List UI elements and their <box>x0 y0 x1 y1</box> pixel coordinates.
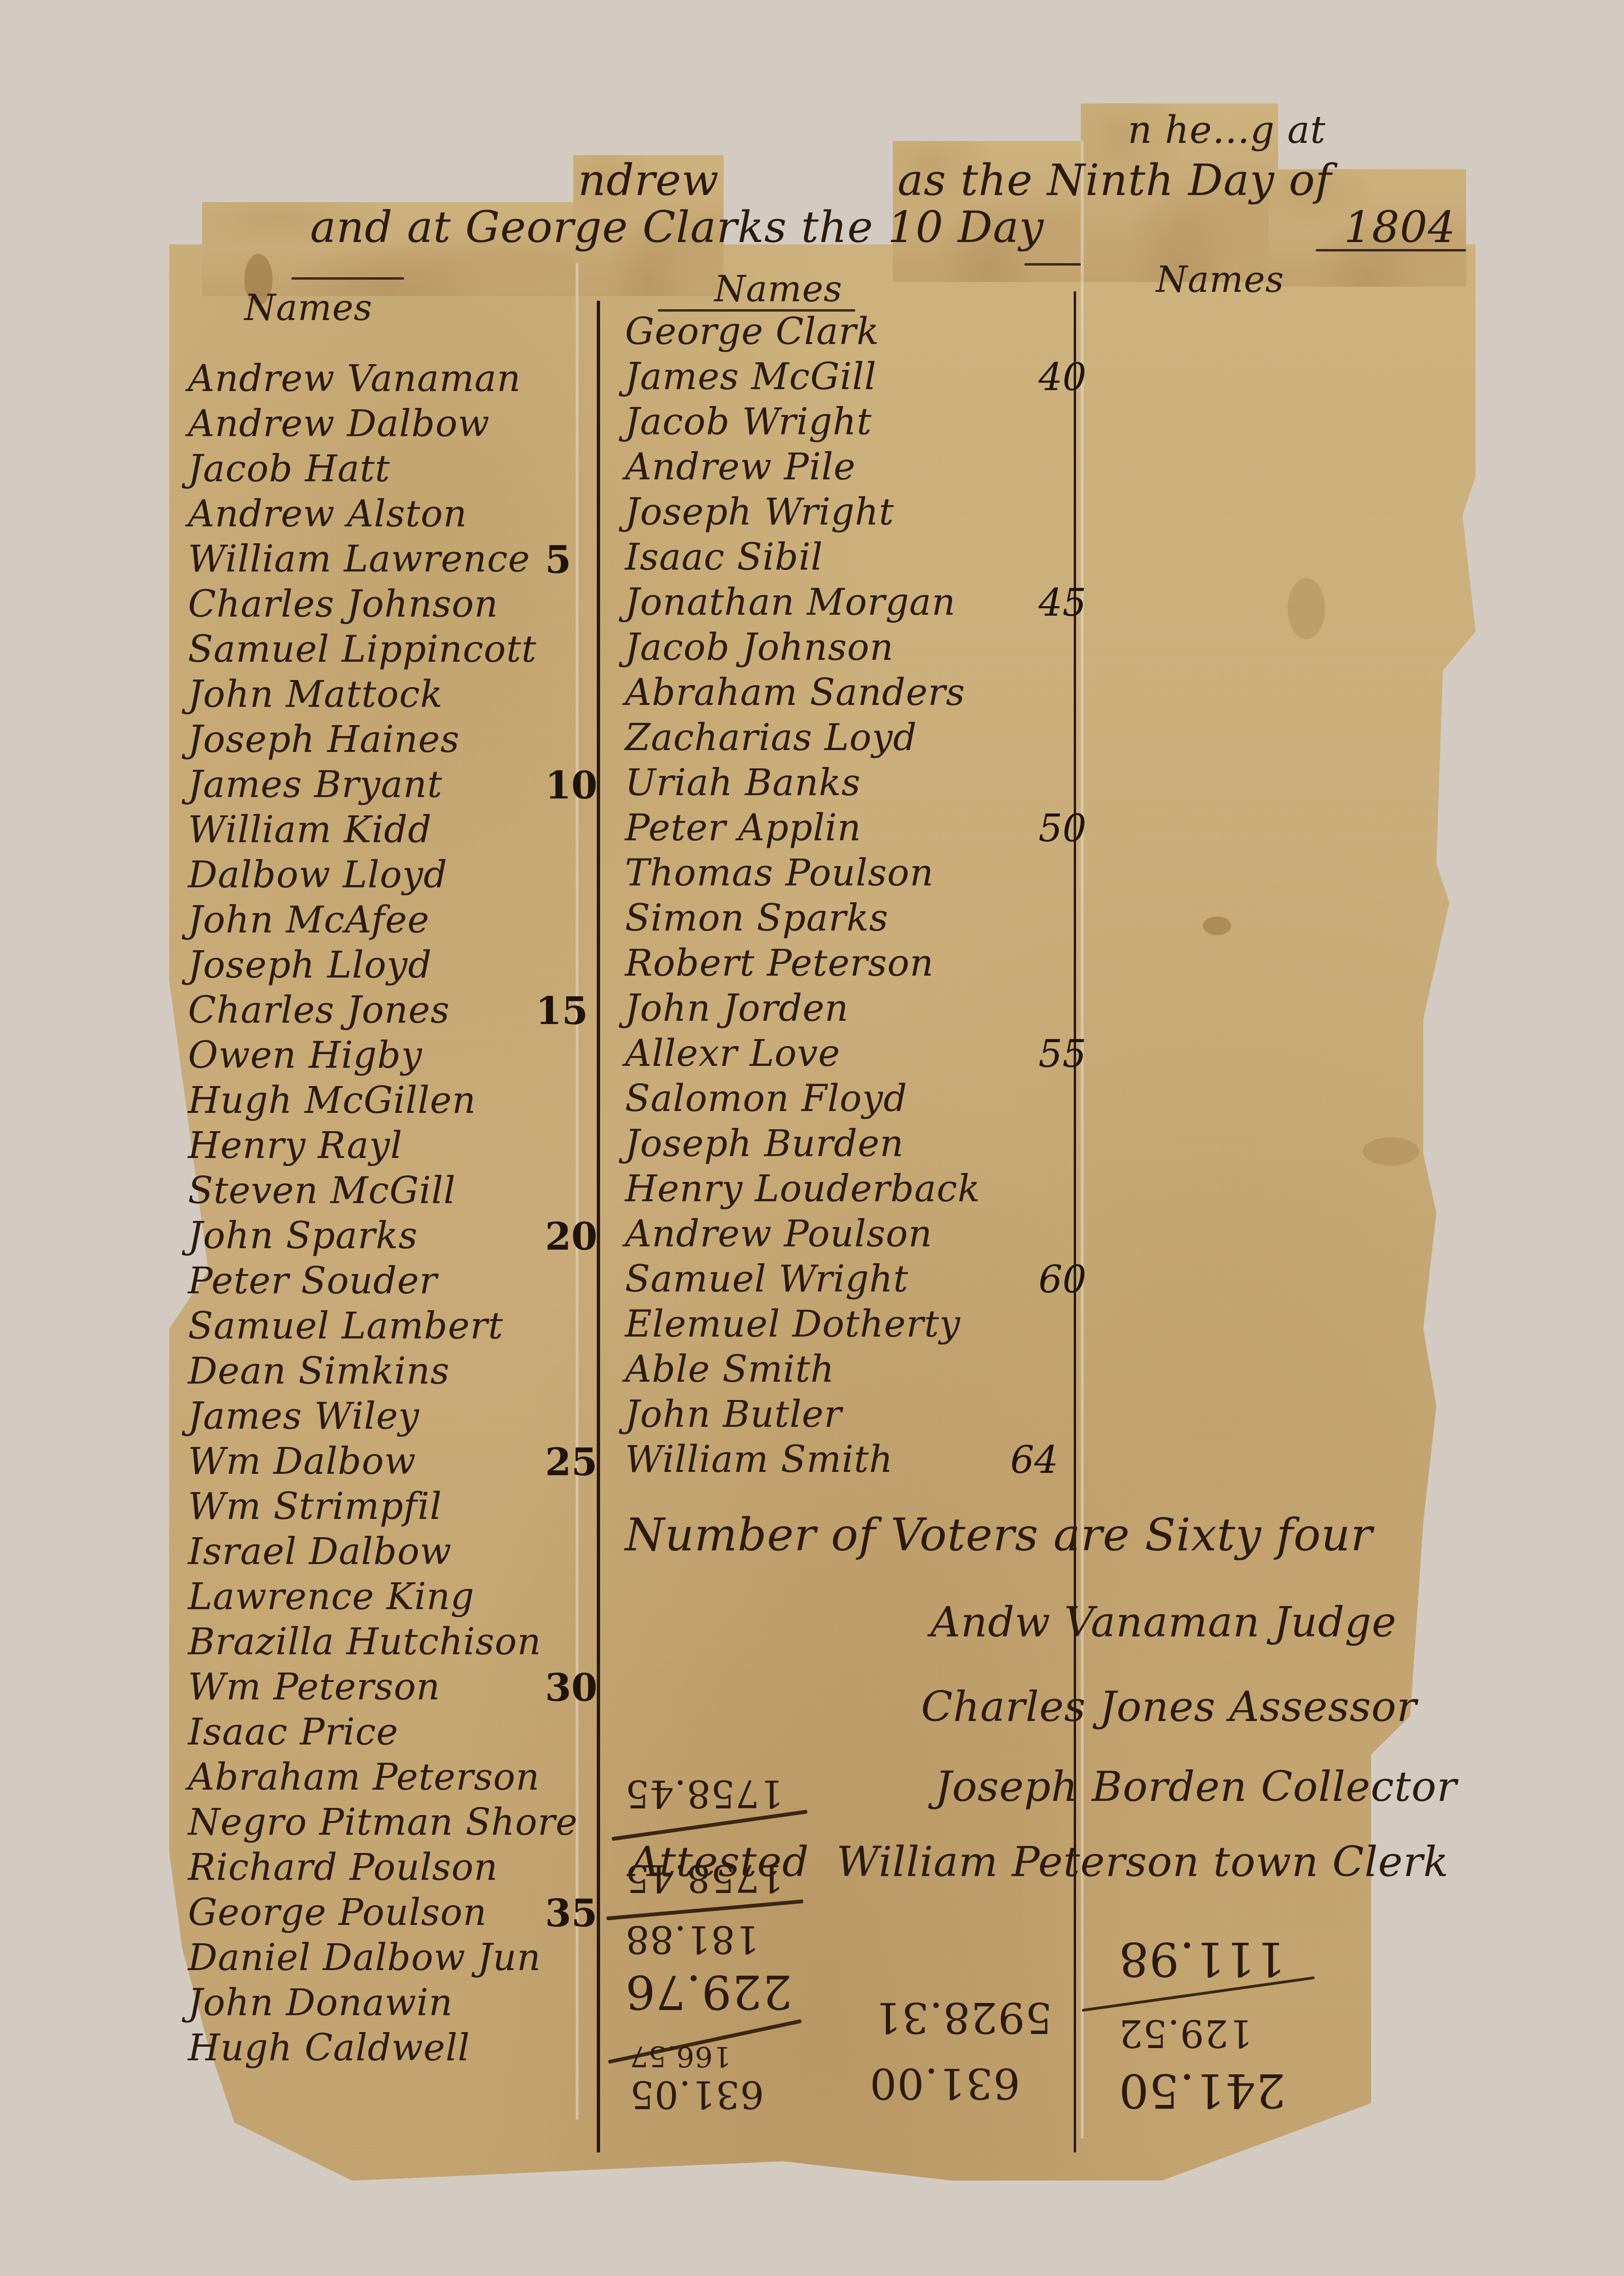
tally-mark: 35 <box>545 1891 597 1935</box>
tally-mark: 45 <box>1038 581 1086 625</box>
signature-role: Assessor <box>1229 1682 1417 1731</box>
signature-clerk: William Peterson town Clerk <box>836 1838 1449 1886</box>
voter-name: Wm Peterson <box>188 1666 440 1709</box>
voter-name: Joseph Wright <box>625 491 894 534</box>
tally-mark: 30 <box>545 1666 597 1710</box>
signature-name: Charles Jones <box>921 1682 1216 1731</box>
voter-name: Jacob Hatt <box>188 447 390 491</box>
voter-name: William Kidd <box>188 808 432 852</box>
voter-name: John Butler <box>625 1393 842 1436</box>
voter-name: Wm Dalbow <box>188 1440 416 1483</box>
voter-name: Allexr Love <box>625 1032 840 1075</box>
voter-name: Steven McGill <box>188 1169 456 1212</box>
tally-mark: 15 <box>536 989 588 1033</box>
inverted-figure: 111.98 <box>1118 1932 1286 1987</box>
header-fragment-left: ndrew <box>578 155 719 205</box>
voter-name: Negro Pitman Shore <box>188 1801 578 1844</box>
voter-name: Wm Strimpfil <box>188 1485 442 1528</box>
voter-name: William Smith <box>625 1438 893 1481</box>
inverted-figure: 1758.45 <box>625 1772 784 1815</box>
voter-name: Salomon Floyd <box>625 1077 907 1120</box>
voter-name: Charles Johnson <box>188 583 499 626</box>
voter-name: Brazilla Hutchison <box>188 1620 541 1664</box>
inverted-figure: 166.57 <box>630 2040 731 2073</box>
voter-name: Elemuel Dotherty <box>625 1303 960 1346</box>
voter-name: Henry Louderback <box>625 1167 980 1211</box>
voter-name: Zacharias Loyd <box>625 716 917 759</box>
voter-name: Isaac Sibil <box>625 536 823 579</box>
voter-name: Joseph Burden <box>625 1122 904 1165</box>
underline <box>1024 263 1081 266</box>
voter-name: Samuel Lippincott <box>188 628 537 671</box>
voter-name: Joseph Lloyd <box>188 944 432 987</box>
voter-name: Andrew Pile <box>625 446 856 489</box>
signature-name: Andw Vanaman <box>930 1598 1260 1646</box>
tally-mark: 55 <box>1038 1032 1086 1076</box>
tally-mark: 50 <box>1038 806 1086 850</box>
inverted-figure: 241.50 <box>1118 2063 1286 2118</box>
signature-role: Judge <box>1274 1598 1397 1646</box>
voter-name: Samuel Wright <box>625 1258 908 1301</box>
tally-mark: 10 <box>545 763 597 807</box>
inverted-figure: 631.00 <box>869 2058 1020 2108</box>
signature-judge: Andw Vanaman Judge <box>930 1598 1397 1646</box>
inverted-figure: 631.05 <box>630 2073 764 2116</box>
voter-name: James Bryant <box>188 763 442 806</box>
header-line-two: and at George Clarks the 10 Day <box>310 202 1044 252</box>
tally-mark: 20 <box>545 1214 597 1259</box>
voter-name: James Wiley <box>188 1395 420 1438</box>
column-header-2: Names <box>714 268 843 310</box>
stain <box>1288 578 1325 639</box>
voter-name: John Jorden <box>625 987 849 1030</box>
voter-name: John McAfee <box>188 899 429 942</box>
tally-mark: 60 <box>1038 1258 1086 1301</box>
voter-name: Andrew Dalbow <box>188 402 490 446</box>
voter-name: Hugh Caldwell <box>188 2026 470 2070</box>
voter-name: Andrew Poulson <box>625 1212 932 1256</box>
voter-name: Abraham Peterson <box>188 1756 540 1799</box>
tally-mark: 40 <box>1038 355 1086 399</box>
voter-name: Uriah Banks <box>625 761 861 805</box>
voter-name: Jacob Wright <box>625 400 872 444</box>
signature-name: Joseph Borden <box>935 1762 1247 1811</box>
signature-assessor: Charles Jones Assessor <box>921 1682 1417 1731</box>
inverted-figure: 129.52 <box>1118 2011 1253 2055</box>
voter-name: John Donawin <box>188 1981 453 2025</box>
voter-name: Richard Poulson <box>188 1846 498 1889</box>
underline <box>291 277 404 280</box>
underline <box>1316 249 1466 251</box>
voter-name: James McGill <box>625 355 876 399</box>
voter-name: Jacob Johnson <box>625 626 894 669</box>
voter-name: Able Smith <box>625 1348 835 1391</box>
voter-name: Henry Rayl <box>188 1124 403 1167</box>
voter-name: Thomas Poulson <box>625 852 934 895</box>
tally-mark: 25 <box>545 1440 597 1484</box>
voter-name: Owen Higby <box>188 1034 422 1077</box>
stain <box>1363 1137 1419 1165</box>
inverted-figure: 181.88 <box>625 1917 759 1961</box>
inverted-figure: 1758.45 <box>625 1856 784 1900</box>
voter-name: Samuel Lambert <box>188 1305 503 1348</box>
header-fragment-mid: as the Ninth Day of <box>898 155 1332 205</box>
signature-role: Collector <box>1261 1762 1457 1811</box>
voter-name: Andrew Alston <box>188 493 467 536</box>
signature-role: town Clerk <box>1213 1838 1449 1886</box>
voter-name: Peter Applin <box>625 806 861 850</box>
voter-name: Joseph Haines <box>188 718 460 761</box>
tally-mark: 5 <box>545 538 571 582</box>
signature-name: William Peterson <box>836 1838 1200 1886</box>
column-header-3: Names <box>1156 258 1284 300</box>
tally-mark: 64 <box>1010 1438 1058 1482</box>
voter-count-summary: Number of Voters are Sixty four <box>625 1509 1373 1561</box>
voter-name: Lawrence King <box>188 1575 475 1619</box>
voter-name: Dean Simkins <box>188 1350 450 1393</box>
voter-name: Jonathan Morgan <box>625 581 956 624</box>
voter-name: Simon Sparks <box>625 897 889 940</box>
header-fragment-right: n he…g at <box>1128 108 1326 152</box>
inverted-figure: 229.76 <box>625 1964 792 2019</box>
voter-name: George Poulson <box>188 1891 487 1934</box>
voter-name: John Mattock <box>188 673 443 716</box>
voter-name: Dalbow Lloyd <box>188 853 447 897</box>
voter-name: George Clark <box>625 310 879 353</box>
voter-name: Israel Dalbow <box>188 1530 452 1573</box>
voter-name: Andrew Vanaman <box>188 357 521 400</box>
voter-name: Daniel Dalbow Jun <box>188 1936 541 1979</box>
voter-name: Peter Souder <box>188 1259 437 1303</box>
voter-name: Charles Jones <box>188 989 450 1032</box>
inverted-figure: 5928.31 <box>874 1993 1052 2042</box>
header-year: 1804 <box>1344 202 1456 252</box>
voter-name: Abraham Sanders <box>625 671 965 714</box>
voter-name: Hugh McGillen <box>188 1079 476 1122</box>
voter-name: Isaac Price <box>188 1711 398 1754</box>
column-header-1: Names <box>244 287 373 328</box>
voter-name: John Sparks <box>188 1214 418 1258</box>
signature-collector: Joseph Borden Collector <box>935 1762 1457 1811</box>
stain <box>1203 916 1231 935</box>
voter-name: Robert Peterson <box>625 942 934 985</box>
voter-name: William Lawrence <box>188 538 530 581</box>
